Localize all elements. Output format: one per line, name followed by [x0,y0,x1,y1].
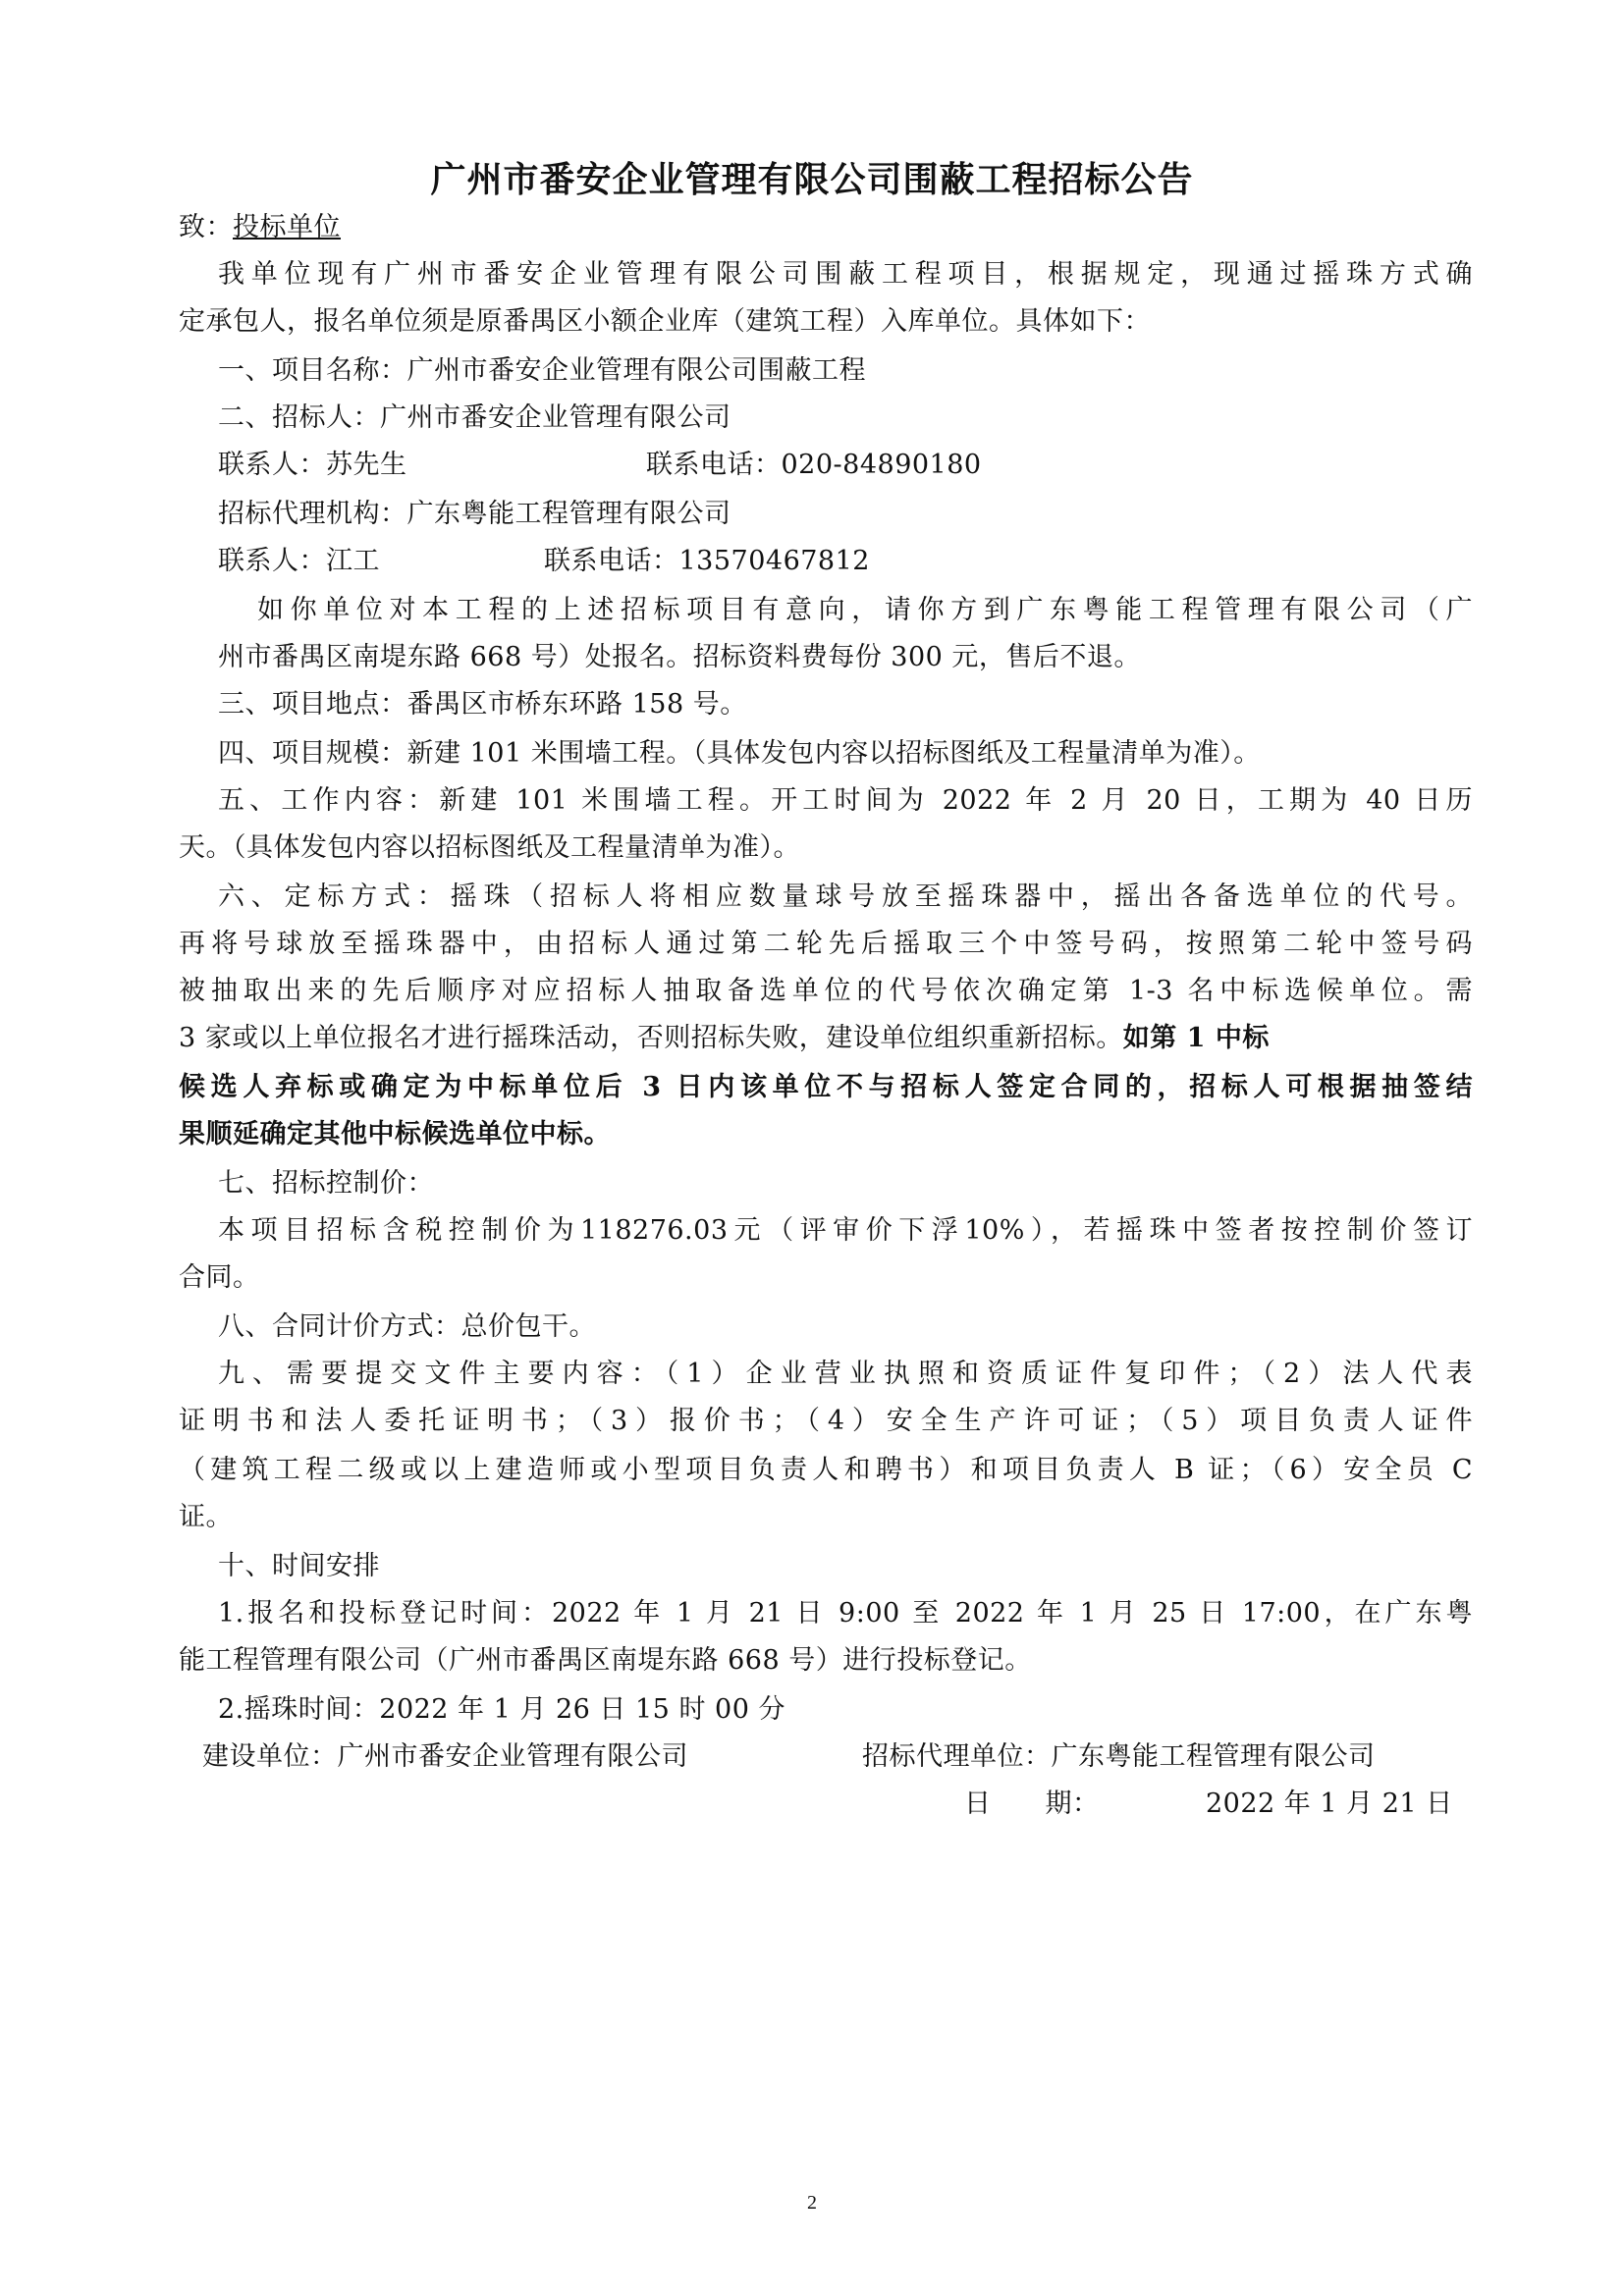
signature-agency: 招标代理单位：广东粤能工程管理有限公司 [862,1739,1376,1775]
section-6-bold-line-1: 候选人弃标或确定为中标单位后 3 日内该单位不与招标人签定合同的，招标人可根据抽… [179,1070,1473,1105]
section-6-bold-line-2: 果顺延确定其他中标候选单位中标。 [179,1117,611,1152]
signature-date-value: 2022 年 1 月 21 日 [1206,1787,1453,1822]
registration-note-line-2: 州市番禺区南堤东路 668 号）处报名。招标资料费每份 300 元，售后不退。 [218,640,1141,675]
salutation-prefix: 致： [179,212,233,242]
section-6-line-4-bold: 如第 1 中标 [1123,1023,1270,1053]
section-6-line-3: 被抽取出来的先后顺序对应招标人抽取备选单位的代号依次确定第 1-3 名中标选候单… [179,974,1473,1009]
registration-note-line-1: 如你单位对本工程的上述招标项目有意向，请你方到广东粤能工程管理有限公司（广 [257,593,1473,628]
agency-phone: 联系电话：13570467812 [544,544,870,579]
section-10-item-1-line-1: 1.报名和投标登记时间：2022 年 1 月 21 日 9:00 至 2022 … [218,1596,1473,1631]
section-9-line-3: （建筑工程二级或以上建造师或小型项目负责人和聘书）和项目负责人 B 证；（6）安… [179,1453,1473,1488]
signature-date-label: 日 期： [964,1787,1100,1822]
tenderer-phone: 联系电话：020-84890180 [646,448,982,483]
intro-line-2: 定承包人，报名单位须是原番禺区小额企业库（建筑工程）入库单位。具体如下： [179,304,1151,340]
section-6-line-4: 3 家或以上单位报名才进行摇珠活动，否则招标失败，建设单位组织重新招标。如第 1… [179,1021,1270,1056]
section-2-tenderer: 二、招标人：广州市番安企业管理有限公司 [218,400,731,436]
section-6-line-2: 再将号球放至摇珠器中，由招标人通过第二轮先后摇取三个中签号码，按照第二轮中签号码 [179,927,1473,962]
section-7-line-2: 合同。 [179,1260,260,1296]
document-title: 广州市番安企业管理有限公司围蔽工程招标公告 [0,157,1624,202]
agency-contact: 联系人：江工 [218,544,380,579]
section-6-line-1: 六、定标方式：摇珠（招标人将相应数量球号放至摇珠器中，摇出各备选单位的代号。 [218,880,1473,915]
signature-builder: 建设单位：广州市番安企业管理有限公司 [202,1739,688,1775]
section-10-item-1-line-2: 能工程管理有限公司（广州市番禺区南堤东路 668 号）进行投标登记。 [179,1643,1032,1679]
section-1-project-name: 一、项目名称：广州市番安企业管理有限公司围蔽工程 [218,353,866,389]
section-6-line-4-normal: 3 家或以上单位报名才进行摇珠活动，否则招标失败，建设单位组织重新招标。 [179,1023,1123,1053]
section-9-line-4: 证。 [179,1500,233,1535]
intro-line-1: 我单位现有广州市番安企业管理有限公司围蔽工程项目，根据规定，现通过摇珠方式确 [218,257,1473,293]
salutation-target: 投标单位 [233,212,341,242]
document-page: 广州市番安企业管理有限公司围蔽工程招标公告 致：投标单位 我单位现有广州市番安企… [0,0,1624,2296]
section-10-item-2: 2.摇珠时间：2022 年 1 月 26 日 15 时 00 分 [218,1692,785,1728]
section-7-line-1: 本项目招标含税控制价为118276.03元（评审价下浮10%），若摇珠中签者按控… [218,1213,1473,1249]
agency: 招标代理机构：广东粤能工程管理有限公司 [218,497,731,532]
tenderer-contact: 联系人：苏先生 [218,448,407,483]
section-10-heading: 十、时间安排 [218,1549,380,1584]
section-4-scale: 四、项目规模：新建 101 米围墙工程。（具体发包内容以招标图纸及工程量清单为准… [218,736,1261,772]
section-5-line-2: 天。（具体发包内容以招标图纸及工程量清单为准）。 [179,830,800,866]
section-9-line-1: 九、需要提交文件主要内容：（1）企业营业执照和资质证件复印件；（2）法人代表 [218,1357,1473,1392]
section-9-line-2: 证明书和法人委托证明书；（3）报价书；（4）安全生产许可证；（5）项目负责人证件 [179,1404,1473,1439]
section-8-pricing: 八、合同计价方式：总价包干。 [218,1309,596,1345]
salutation: 致：投标单位 [179,210,341,245]
section-3-location: 三、项目地点：番禺区市桥东环路 158 号。 [218,687,747,722]
section-5-line-1: 五、工作内容：新建 101 米围墙工程。开工时间为 2022 年 2 月 20 … [218,783,1473,819]
page-number: 2 [0,2191,1624,2215]
section-7-heading: 七、招标控制价： [218,1166,434,1201]
